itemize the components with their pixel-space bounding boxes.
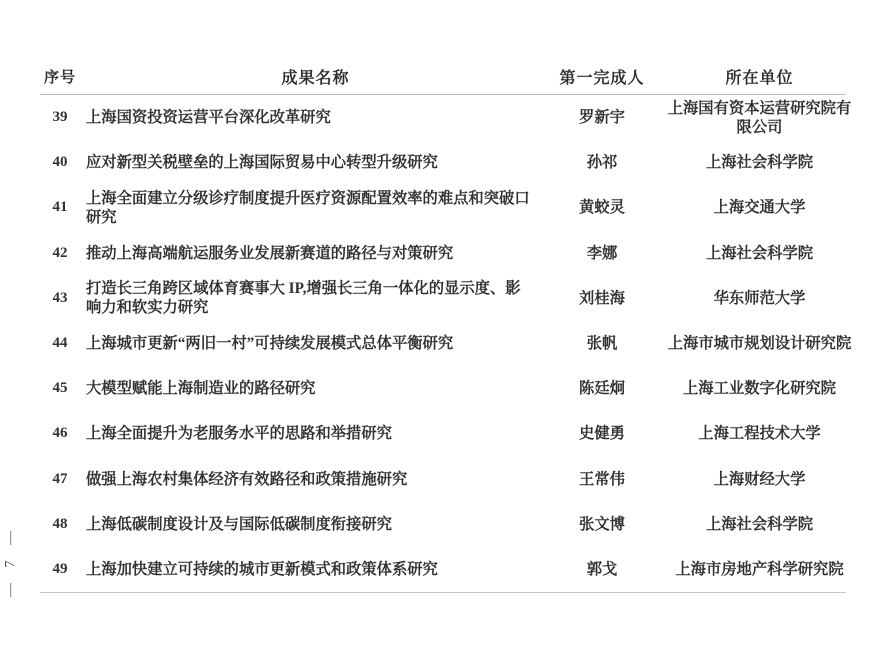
- row-title: 做强上海农村集体经济有效路径和政策措施研究: [84, 470, 547, 489]
- table-row: 44 上海城市更新“两旧一村”可持续发展模式总体平衡研究 张帆 上海市城市规划设…: [36, 321, 862, 366]
- row-first-author: 孙祁: [547, 153, 657, 172]
- row-organization: 上海财经大学: [657, 470, 862, 489]
- table-row: 41 上海全面建立分级诊疗制度提升医疗资源配置效率的难点和突破口研究 黄蛟灵 上…: [36, 185, 862, 230]
- row-title: 上海加快建立可持续的城市更新模式和政策体系研究: [84, 560, 547, 579]
- row-first-author: 刘桂海: [547, 289, 657, 308]
- row-first-author: 张文博: [547, 515, 657, 534]
- row-title: 打造长三角跨区域体育赛事大 IP,增强长三角一体化的显示度、影响力和软实力研究: [84, 279, 547, 317]
- row-index: 45: [36, 379, 84, 398]
- table-row: 47 做强上海农村集体经济有效路径和政策措施研究 王常伟 上海财经大学: [36, 457, 862, 502]
- row-organization: 上海工程技术大学: [657, 424, 862, 443]
- row-index: 39: [36, 108, 84, 127]
- table-row: 40 应对新型关税壁垒的上海国际贸易中心转型升级研究 孙祁 上海社会科学院: [36, 140, 862, 185]
- table-body: 39 上海国资投资运营平台深化改革研究 罗新宇 上海国有资本运营研究院有限公司 …: [36, 95, 862, 592]
- table-row: 43 打造长三角跨区域体育赛事大 IP,增强长三角一体化的显示度、影响力和软实力…: [36, 276, 862, 321]
- row-title: 上海低碳制度设计及与国际低碳制度衔接研究: [84, 515, 547, 534]
- row-first-author: 陈廷炯: [547, 379, 657, 398]
- bottom-divider: [40, 592, 846, 593]
- table-header-row: 序号 成果名称 第一完成人 所在单位: [36, 58, 862, 94]
- row-title: 推动上海高端航运服务业发展新赛道的路径与对策研究: [84, 244, 547, 263]
- row-organization: 上海交通大学: [657, 198, 862, 217]
- row-first-author: 郭戈: [547, 560, 657, 579]
- row-index: 47: [36, 470, 84, 489]
- row-title: 上海全面提升为老服务水平的思路和举措研究: [84, 424, 547, 443]
- row-index: 44: [36, 334, 84, 353]
- row-index: 46: [36, 424, 84, 443]
- row-organization: 华东师范大学: [657, 289, 862, 308]
- row-organization: 上海市城市规划设计研究院: [657, 334, 862, 353]
- table-row: 39 上海国资投资运营平台深化改革研究 罗新宇 上海国有资本运营研究院有限公司: [36, 95, 862, 140]
- document-page: — 7 — 序号 成果名称 第一完成人 所在单位 39 上海国资投资运营平台深化…: [0, 0, 874, 647]
- header-organization: 所在单位: [657, 65, 862, 88]
- row-first-author: 史健勇: [547, 424, 657, 443]
- row-first-author: 王常伟: [547, 470, 657, 489]
- row-organization: 上海国有资本运营研究院有限公司: [657, 99, 862, 137]
- row-title: 上海国资投资运营平台深化改革研究: [84, 108, 547, 127]
- table-row: 48 上海低碳制度设计及与国际低碳制度衔接研究 张文博 上海社会科学院: [36, 502, 862, 547]
- header-first-author: 第一完成人: [547, 65, 657, 88]
- row-index: 49: [36, 560, 84, 579]
- row-title: 应对新型关税壁垒的上海国际贸易中心转型升级研究: [84, 153, 547, 172]
- page-number: — 7 —: [1, 527, 21, 597]
- row-organization: 上海市房地产科学研究院: [657, 560, 862, 579]
- table-row: 49 上海加快建立可持续的城市更新模式和政策体系研究 郭戈 上海市房地产科学研究…: [36, 547, 862, 592]
- row-first-author: 罗新宇: [547, 108, 657, 127]
- row-title: 上海全面建立分级诊疗制度提升医疗资源配置效率的难点和突破口研究: [84, 189, 547, 227]
- row-index: 43: [36, 289, 84, 308]
- row-organization: 上海工业数字化研究院: [657, 379, 862, 398]
- row-organization: 上海社会科学院: [657, 244, 862, 263]
- table-row: 46 上海全面提升为老服务水平的思路和举措研究 史健勇 上海工程技术大学: [36, 411, 862, 456]
- row-title: 大模型赋能上海制造业的路径研究: [84, 379, 547, 398]
- header-title: 成果名称: [84, 65, 547, 88]
- table-row: 45 大模型赋能上海制造业的路径研究 陈廷炯 上海工业数字化研究院: [36, 366, 862, 411]
- header-index: 序号: [36, 66, 84, 87]
- row-index: 40: [36, 153, 84, 172]
- row-title: 上海城市更新“两旧一村”可持续发展模式总体平衡研究: [84, 334, 547, 353]
- results-table: 序号 成果名称 第一完成人 所在单位 39 上海国资投资运营平台深化改革研究 罗…: [36, 58, 862, 593]
- row-first-author: 黄蛟灵: [547, 198, 657, 217]
- row-first-author: 张帆: [547, 334, 657, 353]
- table-row: 42 推动上海高端航运服务业发展新赛道的路径与对策研究 李娜 上海社会科学院: [36, 231, 862, 276]
- row-index: 41: [36, 198, 84, 217]
- row-first-author: 李娜: [547, 244, 657, 263]
- row-organization: 上海社会科学院: [657, 153, 862, 172]
- row-index: 48: [36, 515, 84, 534]
- row-organization: 上海社会科学院: [657, 515, 862, 534]
- row-index: 42: [36, 244, 84, 263]
